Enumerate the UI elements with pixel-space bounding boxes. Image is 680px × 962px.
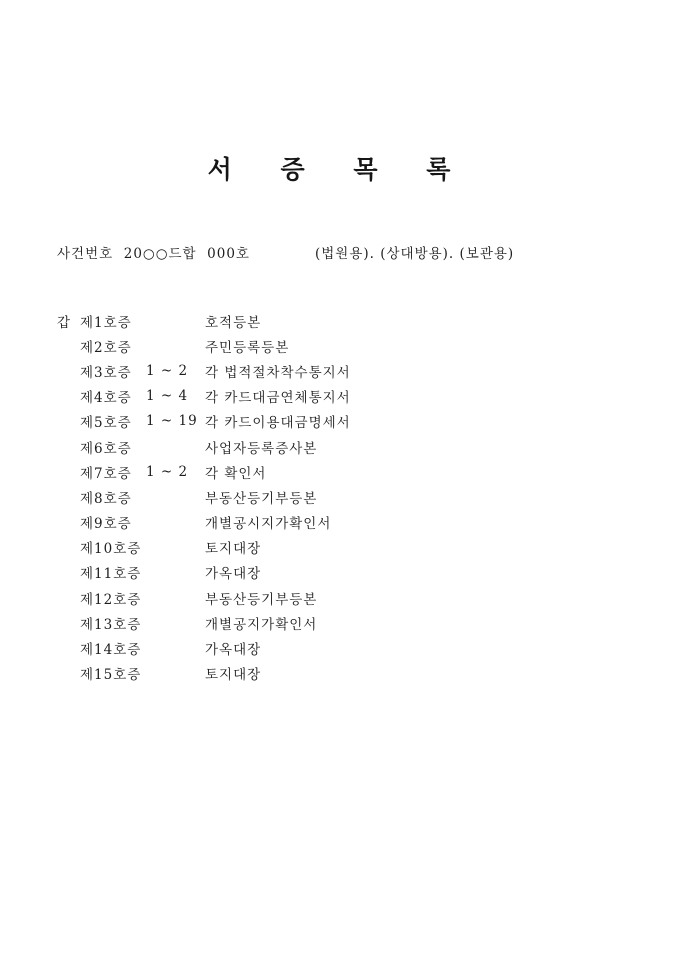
evidence-no: 제10호증 — [80, 537, 146, 557]
evidence-row: 제3호증 1 ~ 2 각 법적절차착수통지서 — [57, 358, 680, 383]
evidence-name: 개별공지가확인서 — [205, 613, 680, 633]
evidence-no: 제13호증 — [80, 613, 146, 633]
evidence-no: 제9호증 — [80, 512, 146, 532]
evidence-name: 부동산등기부등본 — [205, 487, 680, 507]
evidence-no: 제8호증 — [80, 487, 146, 507]
evidence-name: 토지대장 — [205, 537, 680, 557]
case-number: 사건번호 20○○드합 000호 — [57, 242, 250, 262]
evidence-name: 사업자등록증사본 — [205, 437, 680, 457]
evidence-list: 갑 제1호증 호적등본 제2호증 주민등록등본 제3호증 1 ~ 2 각 법적절… — [57, 308, 680, 686]
evidence-row: 제13호증 개별공지가확인서 — [57, 610, 680, 635]
evidence-row: 갑 제1호증 호적등본 — [57, 308, 680, 333]
evidence-name: 토지대장 — [205, 663, 680, 683]
party-label: 갑 — [57, 311, 80, 331]
case-line: 사건번호 20○○드합 000호 (법원용). (상대방용). (보관용) — [57, 242, 680, 262]
evidence-range: 1 ~ 2 — [146, 363, 205, 379]
copy-labels: (법원용). (상대방용). (보관용) — [315, 242, 514, 262]
evidence-row: 제5호증 1 ~ 19 각 카드이용대금명세서 — [57, 409, 680, 434]
evidence-name: 각 카드대금연체통지서 — [205, 386, 680, 406]
evidence-row: 제12호증 부동산등기부등본 — [57, 585, 680, 610]
evidence-name: 호적등본 — [205, 311, 680, 331]
evidence-no: 제3호증 — [80, 361, 146, 381]
evidence-no: 제1호증 — [80, 311, 146, 331]
evidence-range: 1 ~ 2 — [146, 464, 205, 480]
evidence-row: 제6호증 사업자등록증사본 — [57, 434, 680, 459]
evidence-row: 제4호증 1 ~ 4 각 카드대금연체통지서 — [57, 384, 680, 409]
evidence-row: 제14호증 가옥대장 — [57, 635, 680, 660]
evidence-no: 제5호증 — [80, 411, 146, 431]
evidence-row: 제11호증 가옥대장 — [57, 560, 680, 585]
evidence-row: 제7호증 1 ~ 2 각 확인서 — [57, 459, 680, 484]
evidence-no: 제14호증 — [80, 638, 146, 658]
evidence-no: 제6호증 — [80, 437, 146, 457]
evidence-name: 가옥대장 — [205, 638, 680, 658]
evidence-range: 1 ~ 4 — [146, 388, 205, 404]
evidence-no: 제2호증 — [80, 336, 146, 356]
evidence-no: 제7호증 — [80, 462, 146, 482]
evidence-name: 각 법적절차착수통지서 — [205, 361, 680, 381]
document-page: 서 증 목 록 사건번호 20○○드합 000호 (법원용). (상대방용). … — [0, 0, 680, 962]
document-title: 서 증 목 록 — [0, 150, 660, 186]
evidence-row: 제9호증 개별공시지가확인서 — [57, 510, 680, 535]
evidence-no: 제4호증 — [80, 386, 146, 406]
evidence-name: 개별공시지가확인서 — [205, 512, 680, 532]
evidence-name: 각 카드이용대금명세서 — [205, 411, 680, 431]
evidence-no: 제12호증 — [80, 588, 146, 608]
evidence-row: 제2호증 주민등록등본 — [57, 333, 680, 358]
evidence-range: 1 ~ 19 — [146, 413, 205, 429]
evidence-row: 제8호증 부동산등기부등본 — [57, 484, 680, 509]
evidence-name: 부동산등기부등본 — [205, 588, 680, 608]
evidence-no: 제11호증 — [80, 562, 146, 582]
evidence-row: 제15호증 토지대장 — [57, 661, 680, 686]
evidence-name: 주민등록등본 — [205, 336, 680, 356]
evidence-name: 가옥대장 — [205, 562, 680, 582]
evidence-no: 제15호증 — [80, 663, 146, 683]
evidence-name: 각 확인서 — [205, 462, 680, 482]
evidence-row: 제10호증 토지대장 — [57, 535, 680, 560]
